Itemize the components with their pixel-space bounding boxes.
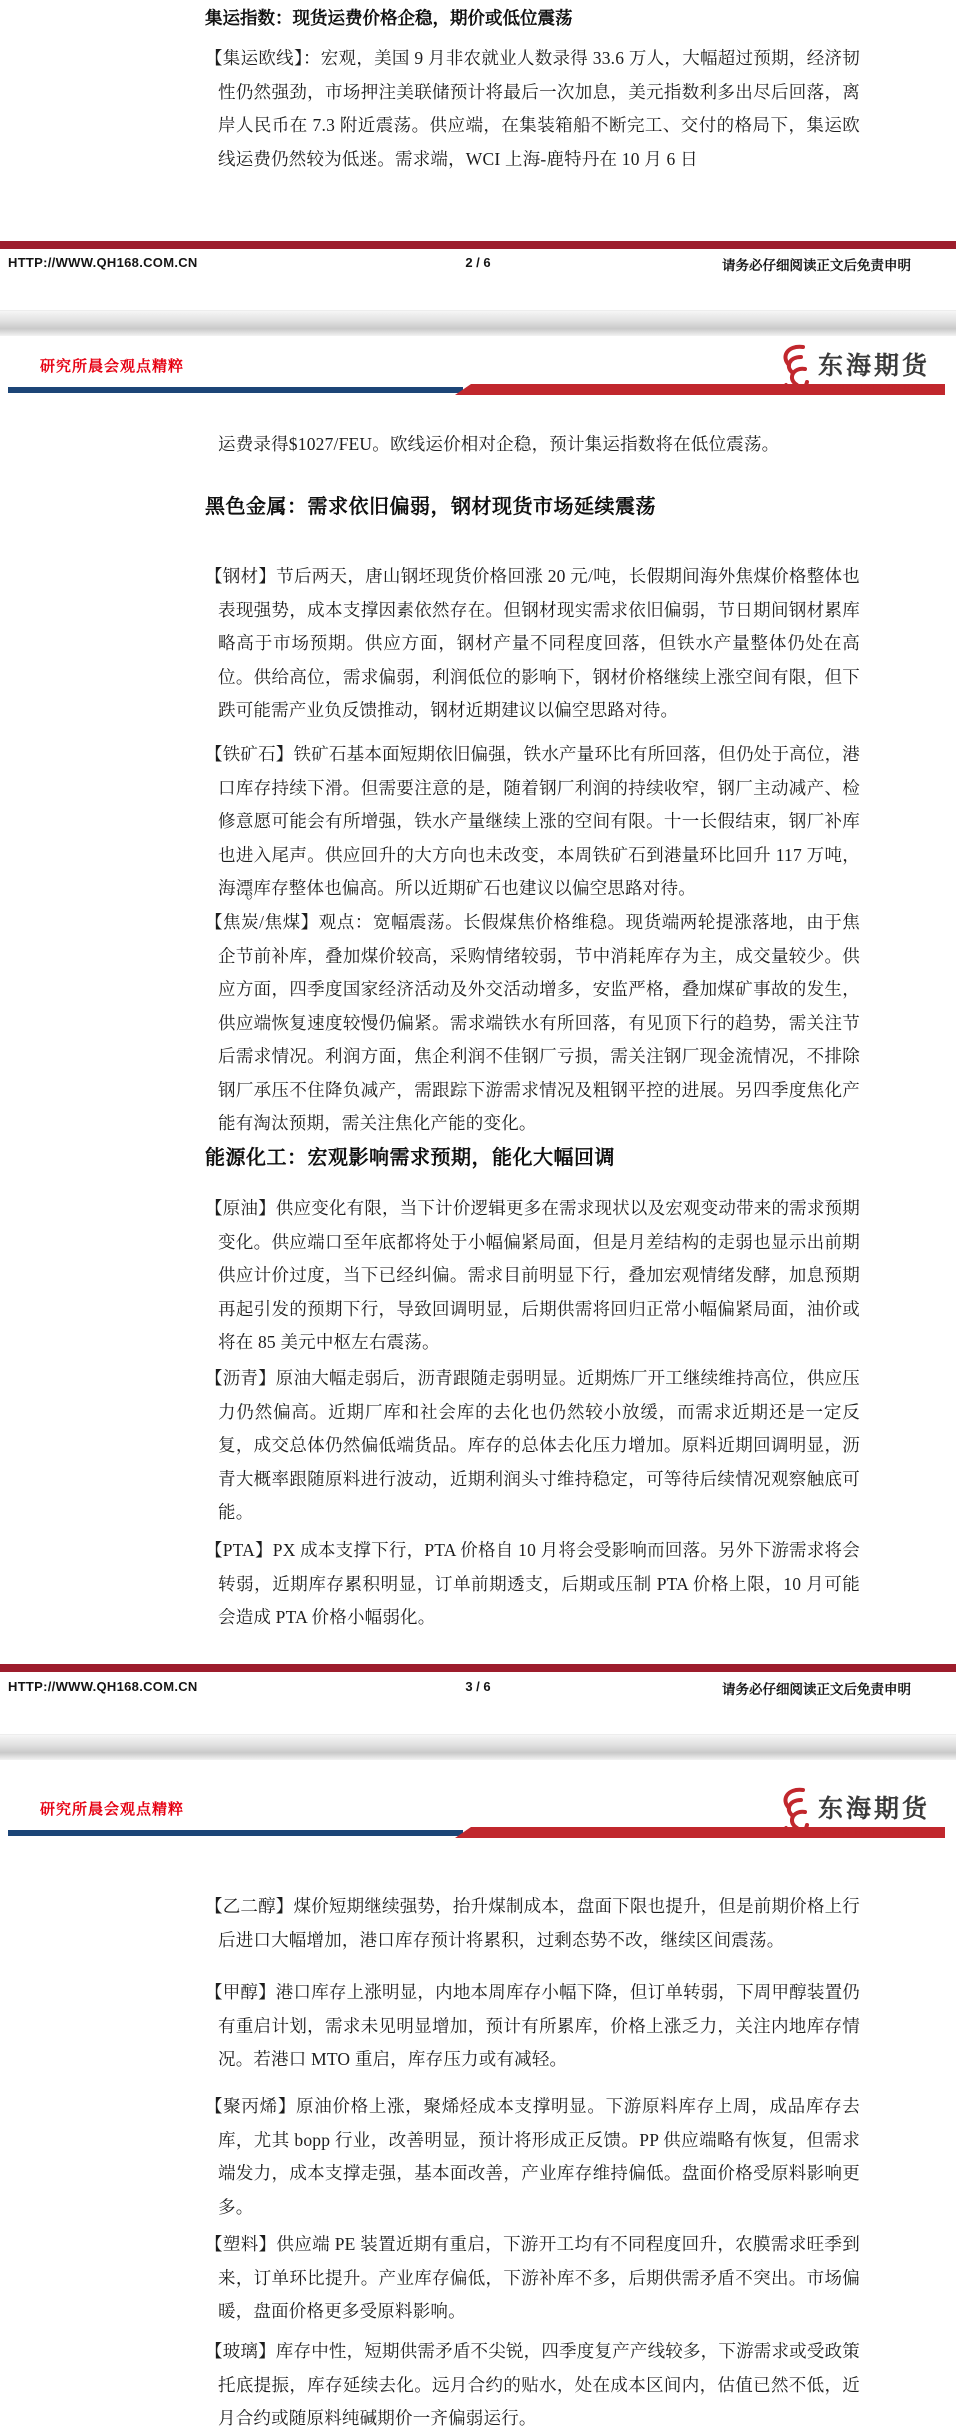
page-footer-bar [0,1664,956,1672]
report-screenshot: 集运指数：现货运费价格企稳，期价或低位震荡 【集运欧线】：宏观，美国 9 月非农… [0,0,956,2433]
steel-paragraph: 【钢材】节后两天，唐山钢坯现货价格回涨 20 元/吨，长假期间海外焦煤价格整体也… [205,560,860,728]
donghai-dragon-icon [772,342,814,401]
logo-text-cn: 东海期货 [818,346,930,382]
footer-disclaimer: 请务必仔细阅读正文后免责申明 [722,254,911,274]
freight-lead-line: 运费录得$1027/FEU。欧线运价相对企稳，预计集运指数将在低位震荡。 [218,428,860,462]
coke-coal-paragraph: 【焦炭/焦煤】观点：宽幅震荡。长假煤焦价格维稳。现货端两轮提涨落地，由于焦企节前… [205,906,860,1141]
plastic-paragraph: 【塑料】供应端 PE 装置近期有重启，下游开工均有不同程度回升，农膜需求旺季到来… [205,2228,860,2329]
report-header-title: 研究所晨会观点精粹 [40,1798,184,1819]
methanol-paragraph: 【甲醇】港口库存上涨明显，内地本周库存小幅下降，但订单转弱，下周甲醇装置仍有重启… [205,1976,860,2077]
iron-ore-paragraph: 【铁矿石】铁矿石基本面短期依旧偏强，铁水产量环比有所回落，但仍处于高位，港口库存… [205,738,860,906]
donghai-logo: 东海期货 DONGHAI FUTURES [768,342,954,404]
header-divider-blue [8,387,463,393]
report-header-title: 研究所晨会观点精粹 [40,355,184,376]
glass-paragraph: 【玻璃】库存中性，短期供需矛盾不尖锐，四季度复产产线较多，下游需求或受政策托底提… [205,2335,860,2433]
header-divider-blue [8,1830,463,1836]
meg-paragraph: 【乙二醇】煤价短期继续强势，抬升煤制成本，盘面下限也提升，但是前期价格上行后进口… [205,1890,860,1957]
footer-disclaimer: 请务必仔细阅读正文后免责申明 [722,1678,911,1698]
black-metal-heading: 黑色金属：需求依旧偏弱，钢材现货市场延续震荡 [205,490,656,519]
donghai-logo: 东海期货 DONGHAI FUTURES [768,1785,954,1847]
logo-text-en: DONGHAI FUTURES [820,383,936,394]
page-separator [0,1734,956,1760]
page-separator [0,310,956,336]
logo-text-cn: 东海期货 [818,1789,930,1825]
stray-period: 。 [246,882,264,902]
bitumen-paragraph: 【沥青】原油大幅走弱后，沥青跟随走弱明显。近期炼厂开工继续维持高位，供应压力仍然… [205,1362,860,1530]
page-footer: HTTP://WWW.QH168.COM.CN 2 / 6 请务必仔细阅读正文后… [0,253,956,273]
section-subtitle-shipping-index: 集运指数：现货运费价格企稳，期价或低位震荡 [205,5,573,30]
energy-chem-heading: 能源化工：宏观影响需求预期，能化大幅回调 [205,1141,615,1170]
polypropylene-paragraph: 【聚丙烯】原油价格上涨，聚烯烃成本支撑明显。下游原料库存上周，成品库存去库，尤其… [205,2090,860,2224]
page-footer: HTTP://WWW.QH168.COM.CN 3 / 6 请务必仔细阅读正文后… [0,1677,956,1697]
logo-text-en: DONGHAI FUTURES [820,1826,936,1837]
pta-paragraph: 【PTA】PX 成本支撑下行，PTA 价格自 10 月将会受影响而回落。另外下游… [205,1534,860,1635]
page-footer-bar [0,241,956,249]
crude-oil-paragraph: 【原油】供应变化有限，当下计价逻辑更多在需求现状以及宏观变动带来的需求预期变化。… [205,1192,860,1360]
donghai-dragon-icon [772,1785,814,1844]
shipping-europe-paragraph: 【集运欧线】：宏观，美国 9 月非农就业人数录得 33.6 万人，大幅超过预期，… [205,42,860,176]
